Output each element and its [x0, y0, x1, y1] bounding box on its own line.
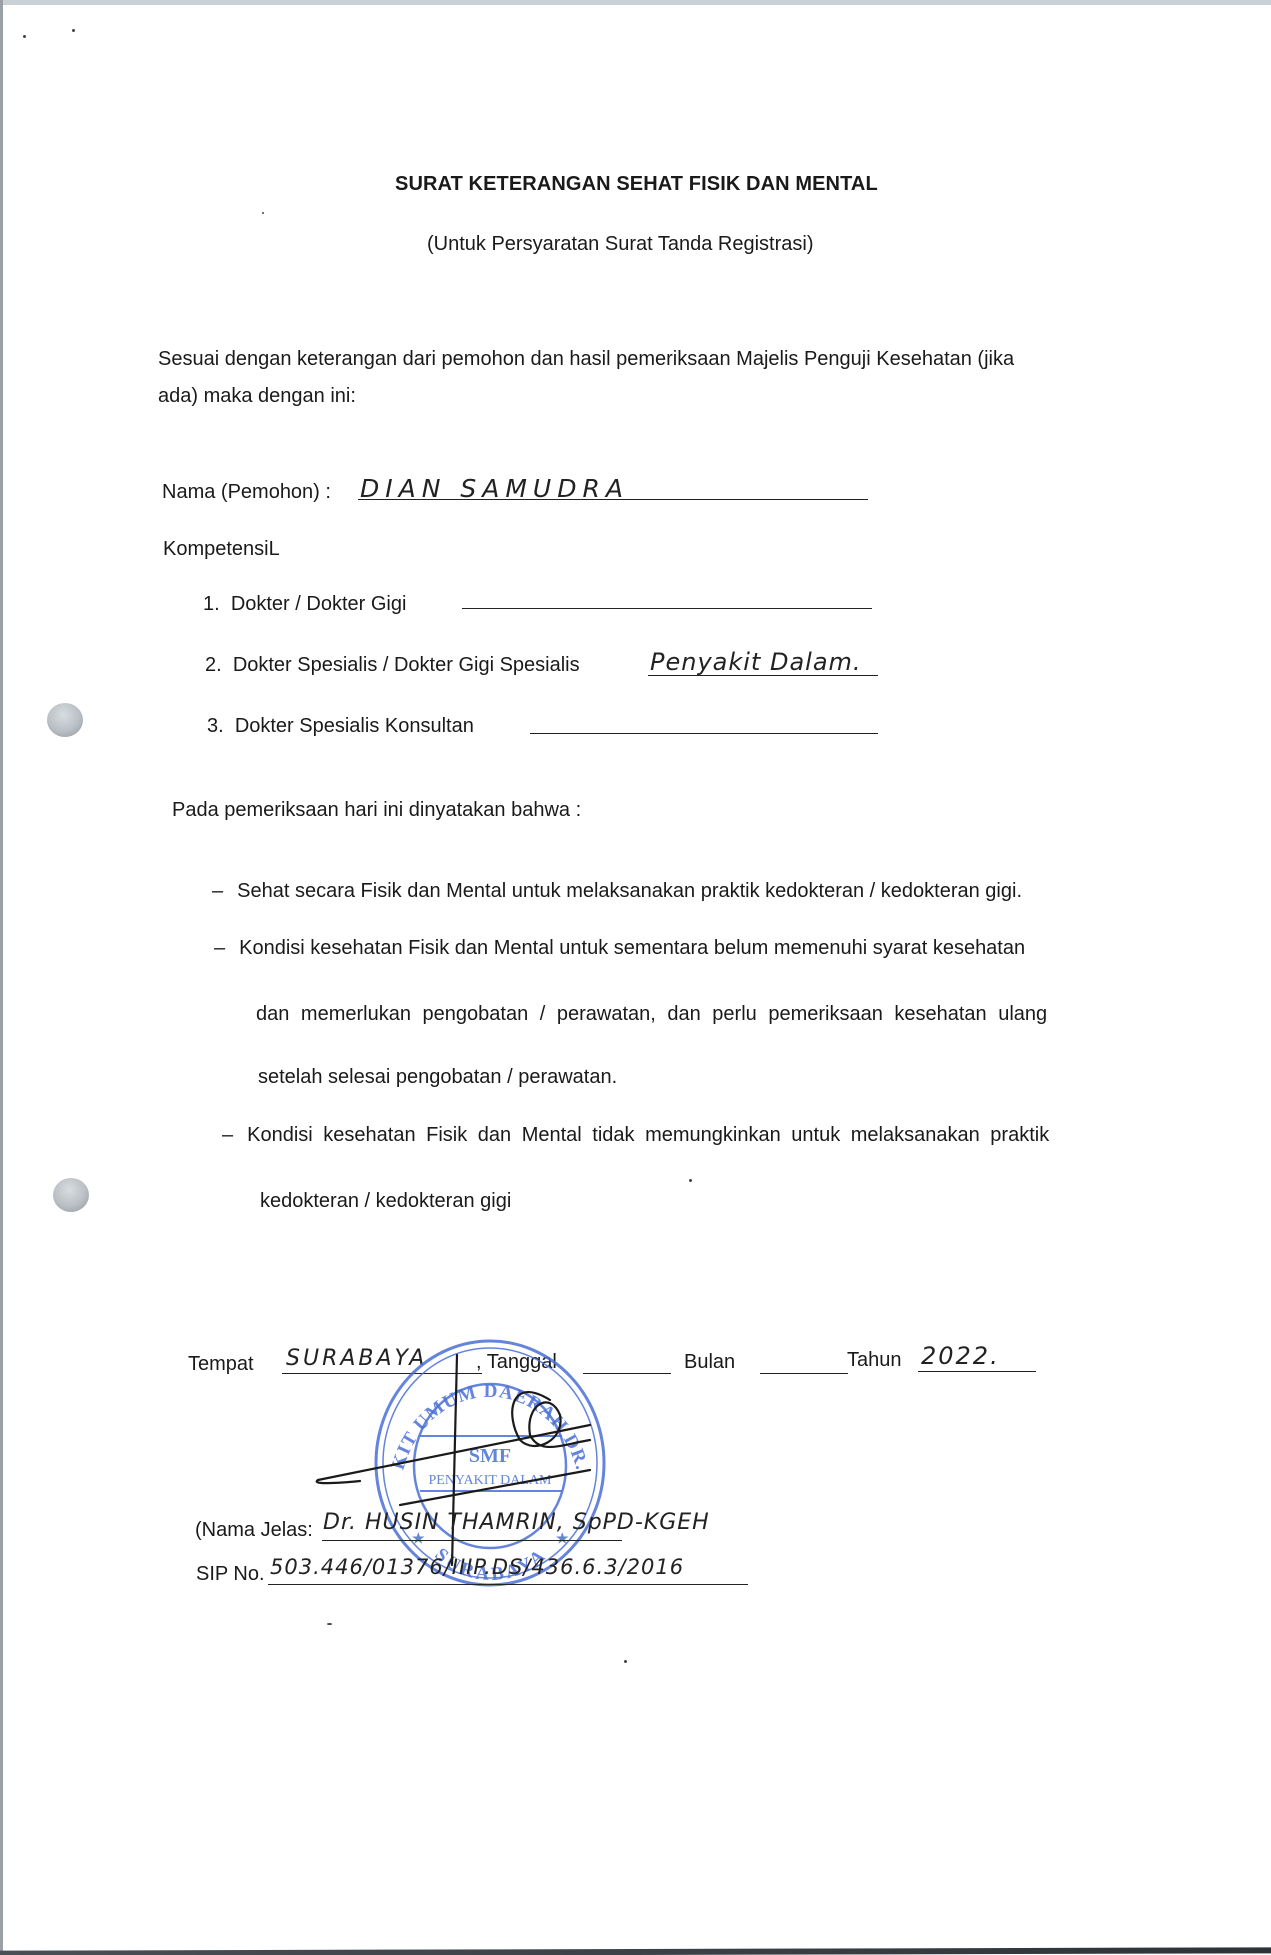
- examination-label: Pada pemeriksaan hari ini dinyatakan bah…: [172, 799, 581, 822]
- competency-item-1: 1. Dokter / Dokter Gigi: [203, 593, 406, 616]
- competency-item-number: 1.: [203, 593, 220, 615]
- month-label: Bulan: [684, 1351, 735, 1374]
- statement-3-line-2: kedokteran / kedokteran gigi: [260, 1190, 511, 1213]
- scan-edge-top: [0, 0, 1271, 5]
- competency-item-label: Dokter Spesialis / Dokter Gigi Spesialis: [233, 654, 580, 676]
- scan-speck: [689, 1179, 692, 1182]
- year-label: Tahun: [847, 1349, 902, 1372]
- competency-label: KompetensiL: [163, 538, 280, 561]
- competency-item-2-underline: [648, 675, 878, 676]
- statement-3: –Kondisi kesehatan Fisik dan Mental tida…: [222, 1124, 1049, 1147]
- scan-speck: [72, 29, 75, 32]
- punch-hole-top: [47, 703, 83, 737]
- competency-item-label: Dokter / Dokter Gigi: [231, 593, 407, 615]
- competency-item-3: 3. Dokter Spesialis Konsultan: [207, 715, 474, 738]
- year-value[interactable]: 2022.: [921, 1342, 1000, 1370]
- signatory-name-label: (Nama Jelas:: [195, 1519, 313, 1542]
- sip-label: SIP No.: [196, 1563, 265, 1586]
- sip-underline: [268, 1584, 748, 1585]
- scan-speck: [327, 1623, 332, 1625]
- competency-item-1-field[interactable]: [462, 608, 872, 609]
- month-field[interactable]: [760, 1373, 848, 1374]
- scan-edge-bottom: [0, 1947, 1271, 1955]
- year-underline: [918, 1371, 1036, 1372]
- statement-line: Kondisi kesehatan Fisik dan Mental untuk…: [239, 937, 1025, 959]
- statement-line: Sehat secara Fisik dan Mental untuk mela…: [237, 880, 1022, 902]
- signatory-name-underline: [322, 1540, 622, 1541]
- competency-item-label: Dokter Spesialis Konsultan: [235, 715, 474, 737]
- signatory-name-value[interactable]: Dr. HUSIN THAMRIN, SpPD-KGEH: [323, 1510, 710, 1535]
- scan-speck: [624, 1660, 627, 1663]
- statement-bullet: –: [214, 937, 225, 959]
- competency-item-2-value[interactable]: Penyakit Dalam.: [650, 648, 862, 676]
- sip-value[interactable]: 503.446/01376/IIIP.DS/436.6.3/2016: [270, 1555, 684, 1579]
- statement-1: –Sehat secara Fisik dan Mental untuk mel…: [212, 880, 1022, 903]
- competency-item-number: 3.: [207, 715, 224, 737]
- scan-speck: [262, 212, 264, 214]
- competency-item-3-field[interactable]: [530, 733, 878, 734]
- competency-item-2: 2. Dokter Spesialis / Dokter Gigi Spesia…: [205, 654, 580, 677]
- statement-2-line-3: setelah selesai pengobatan / perawatan.: [258, 1066, 617, 1089]
- applicant-name-label: Nama (Pemohon) :: [162, 481, 331, 504]
- statement-line: Kondisi kesehatan Fisik dan Mental tidak…: [247, 1124, 1049, 1146]
- statement-bullet: –: [222, 1124, 233, 1146]
- competency-item-number: 2.: [205, 654, 222, 676]
- punch-hole-bottom: [53, 1178, 89, 1212]
- scan-edge-left: [0, 0, 3, 1955]
- statement-2-line-2: dan memerlukan pengobatan / perawatan, d…: [256, 1003, 1047, 1026]
- scan-speck: [23, 35, 26, 38]
- intro-line-1: Sesuai dengan keterangan dari pemohon da…: [158, 348, 1014, 371]
- intro-line-2: ada) maka dengan ini:: [158, 385, 356, 408]
- statement-2: –Kondisi kesehatan Fisik dan Mental untu…: [214, 937, 1025, 960]
- statement-bullet: –: [212, 880, 223, 902]
- document-title: SURAT KETERANGAN SEHAT FISIK DAN MENTAL: [395, 173, 878, 196]
- place-label: Tempat: [188, 1353, 254, 1376]
- document-subtitle: (Untuk Persyaratan Surat Tanda Registras…: [427, 233, 813, 256]
- applicant-name-underline: [358, 499, 868, 500]
